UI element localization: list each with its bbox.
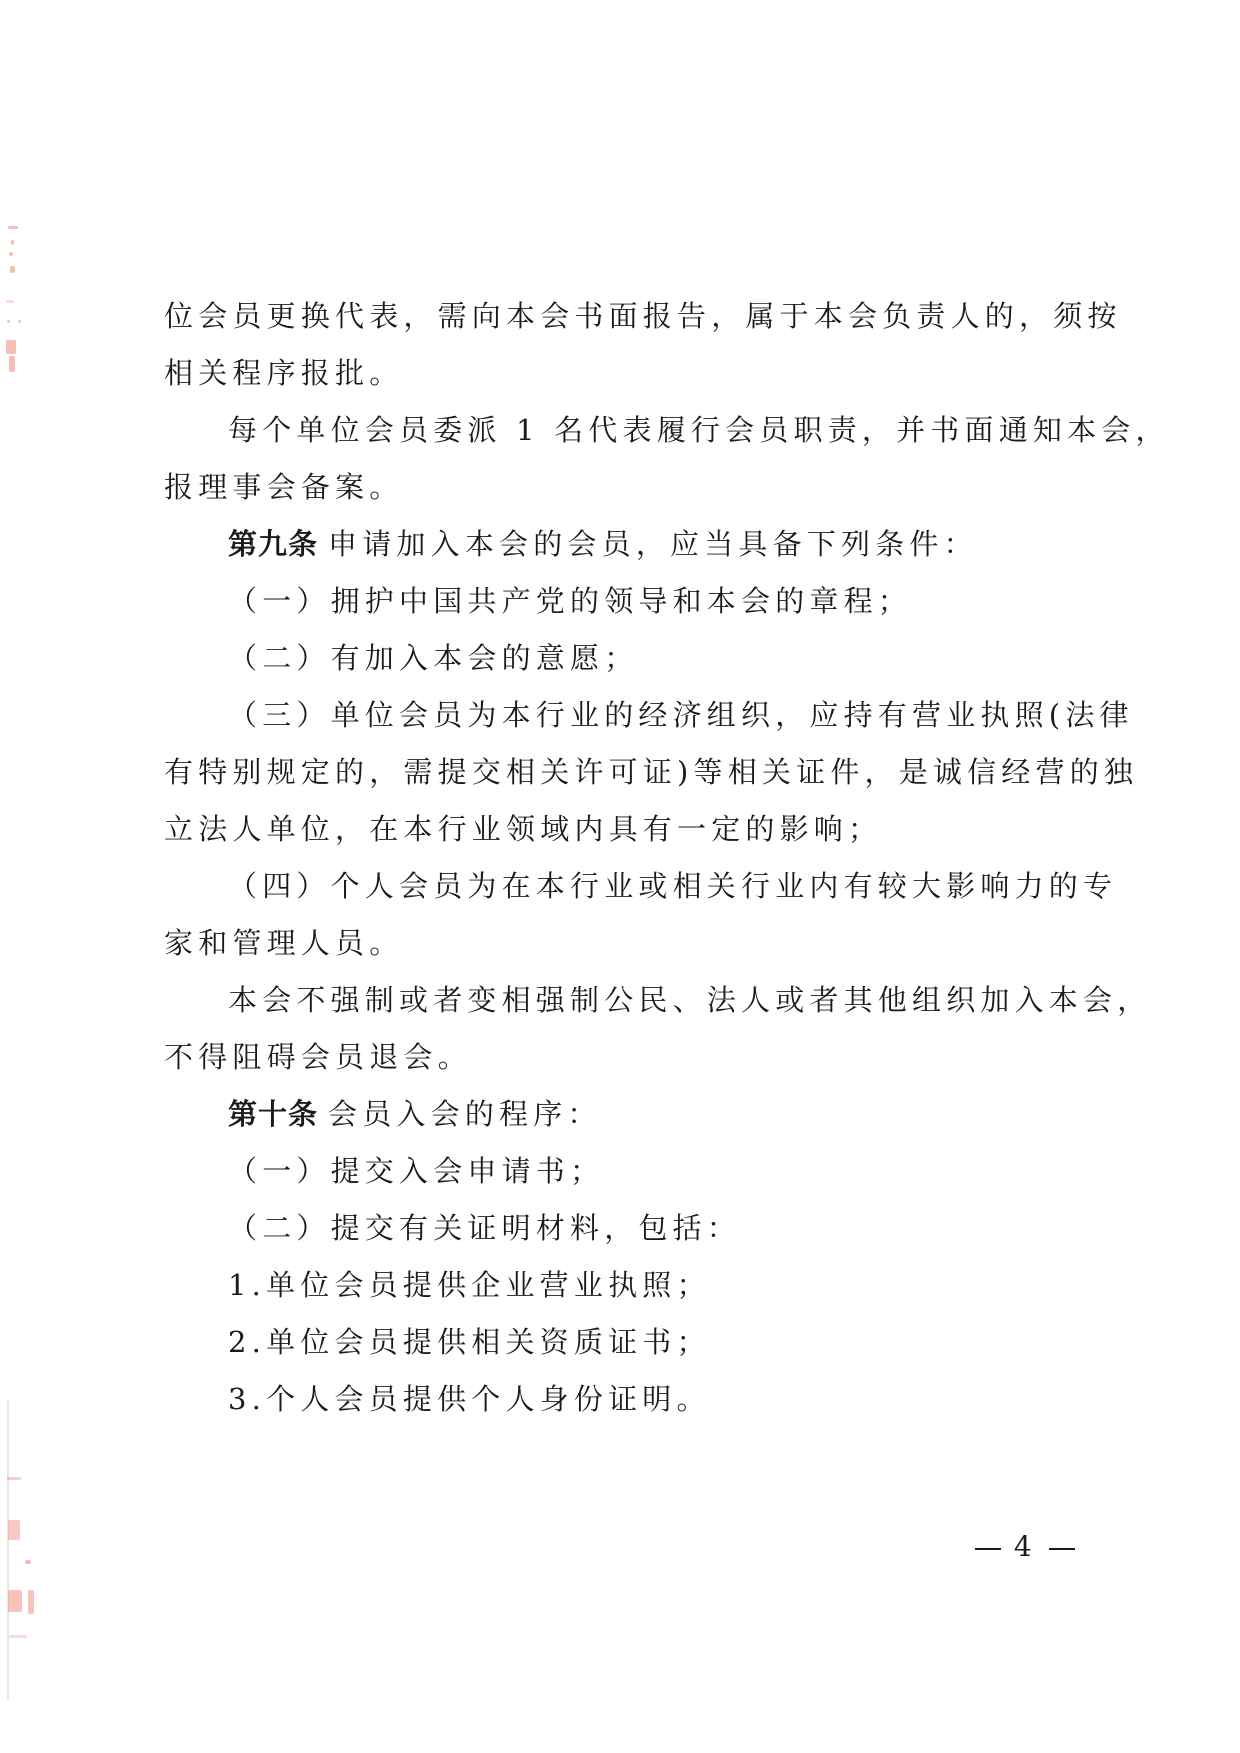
paragraph-line: 本会不强制或者变相强制公民、法人或者其他组织加入本会， <box>164 972 1094 1029</box>
seal-stamp-fragment <box>7 320 10 323</box>
document-body: 位会员更换代表，需向本会书面报告，属于本会负责人的，须按 相关程序报批。 每个单… <box>164 288 1094 1428</box>
seal-stamp-fragment <box>7 1477 21 1480</box>
paragraph-line: 有特别规定的，需提交相关许可证)等相关证件，是诚信经营的独 <box>164 744 1094 801</box>
list-item: 3.个人会员提供个人身份证明。 <box>164 1371 1094 1428</box>
seal-stamp-fragment <box>25 1560 31 1564</box>
page-number: 4 <box>975 1530 1075 1563</box>
seal-stamp-fragment <box>9 356 15 372</box>
paragraph-line: 位会员更换代表，需向本会书面报告，属于本会负责人的，须按 <box>164 288 1094 345</box>
seal-stamp-fragment <box>8 1590 22 1612</box>
paragraph-line: 报理事会备案。 <box>164 459 1094 516</box>
seal-stamp-fragment <box>8 226 18 229</box>
dash-right <box>1049 1548 1075 1550</box>
article-9-line: 第九条申请加入本会的会员，应当具备下列条件： <box>164 516 1094 573</box>
article-heading: 第九条 <box>228 527 318 561</box>
seal-stamp-fragment <box>6 300 14 303</box>
binding-edge <box>0 0 60 1753</box>
seal-stamp-fragment <box>10 266 15 273</box>
list-item: 1.单位会员提供企业营业执照； <box>164 1257 1094 1314</box>
article-10-line: 第十条会员入会的程序： <box>164 1086 1094 1143</box>
list-item: 2.单位会员提供相关资质证书； <box>164 1314 1094 1371</box>
list-item: （三）单位会员为本行业的经济组织，应持有营业执照(法律 <box>164 687 1094 744</box>
paragraph-line: 相关程序报批。 <box>164 345 1094 402</box>
paragraph-line: 立法人单位，在本行业领域内具有一定的影响； <box>164 801 1094 858</box>
seal-stamp-fragment <box>9 1635 27 1638</box>
list-item: （一）拥护中国共产党的领导和本会的章程； <box>164 573 1094 630</box>
binding-line <box>7 1400 9 1700</box>
list-item: （一）提交入会申请书； <box>164 1143 1094 1200</box>
document-page: 位会员更换代表，需向本会书面报告，属于本会负责人的，须按 相关程序报批。 每个单… <box>0 0 1240 1753</box>
seal-stamp-fragment <box>28 1590 34 1614</box>
seal-stamp-fragment <box>11 240 14 245</box>
paragraph-line: 不得阻碍会员退会。 <box>164 1029 1094 1086</box>
seal-stamp-fragment <box>9 252 13 256</box>
list-item: （二）提交有关证明材料，包括： <box>164 1200 1094 1257</box>
paragraph-line: 每个单位会员委派 1 名代表履行会员职责，并书面通知本会， <box>164 402 1094 459</box>
seal-stamp-fragment <box>18 320 21 323</box>
seal-stamp-fragment <box>6 340 16 354</box>
list-item: （四）个人会员为在本行业或相关行业内有较大影响力的专 <box>164 858 1094 915</box>
seal-stamp-fragment <box>8 1520 20 1540</box>
dash-left <box>975 1548 1001 1550</box>
article-heading: 第十条 <box>228 1097 318 1131</box>
list-item: （二）有加入本会的意愿； <box>164 630 1094 687</box>
paragraph-line: 家和管理人员。 <box>164 915 1094 972</box>
